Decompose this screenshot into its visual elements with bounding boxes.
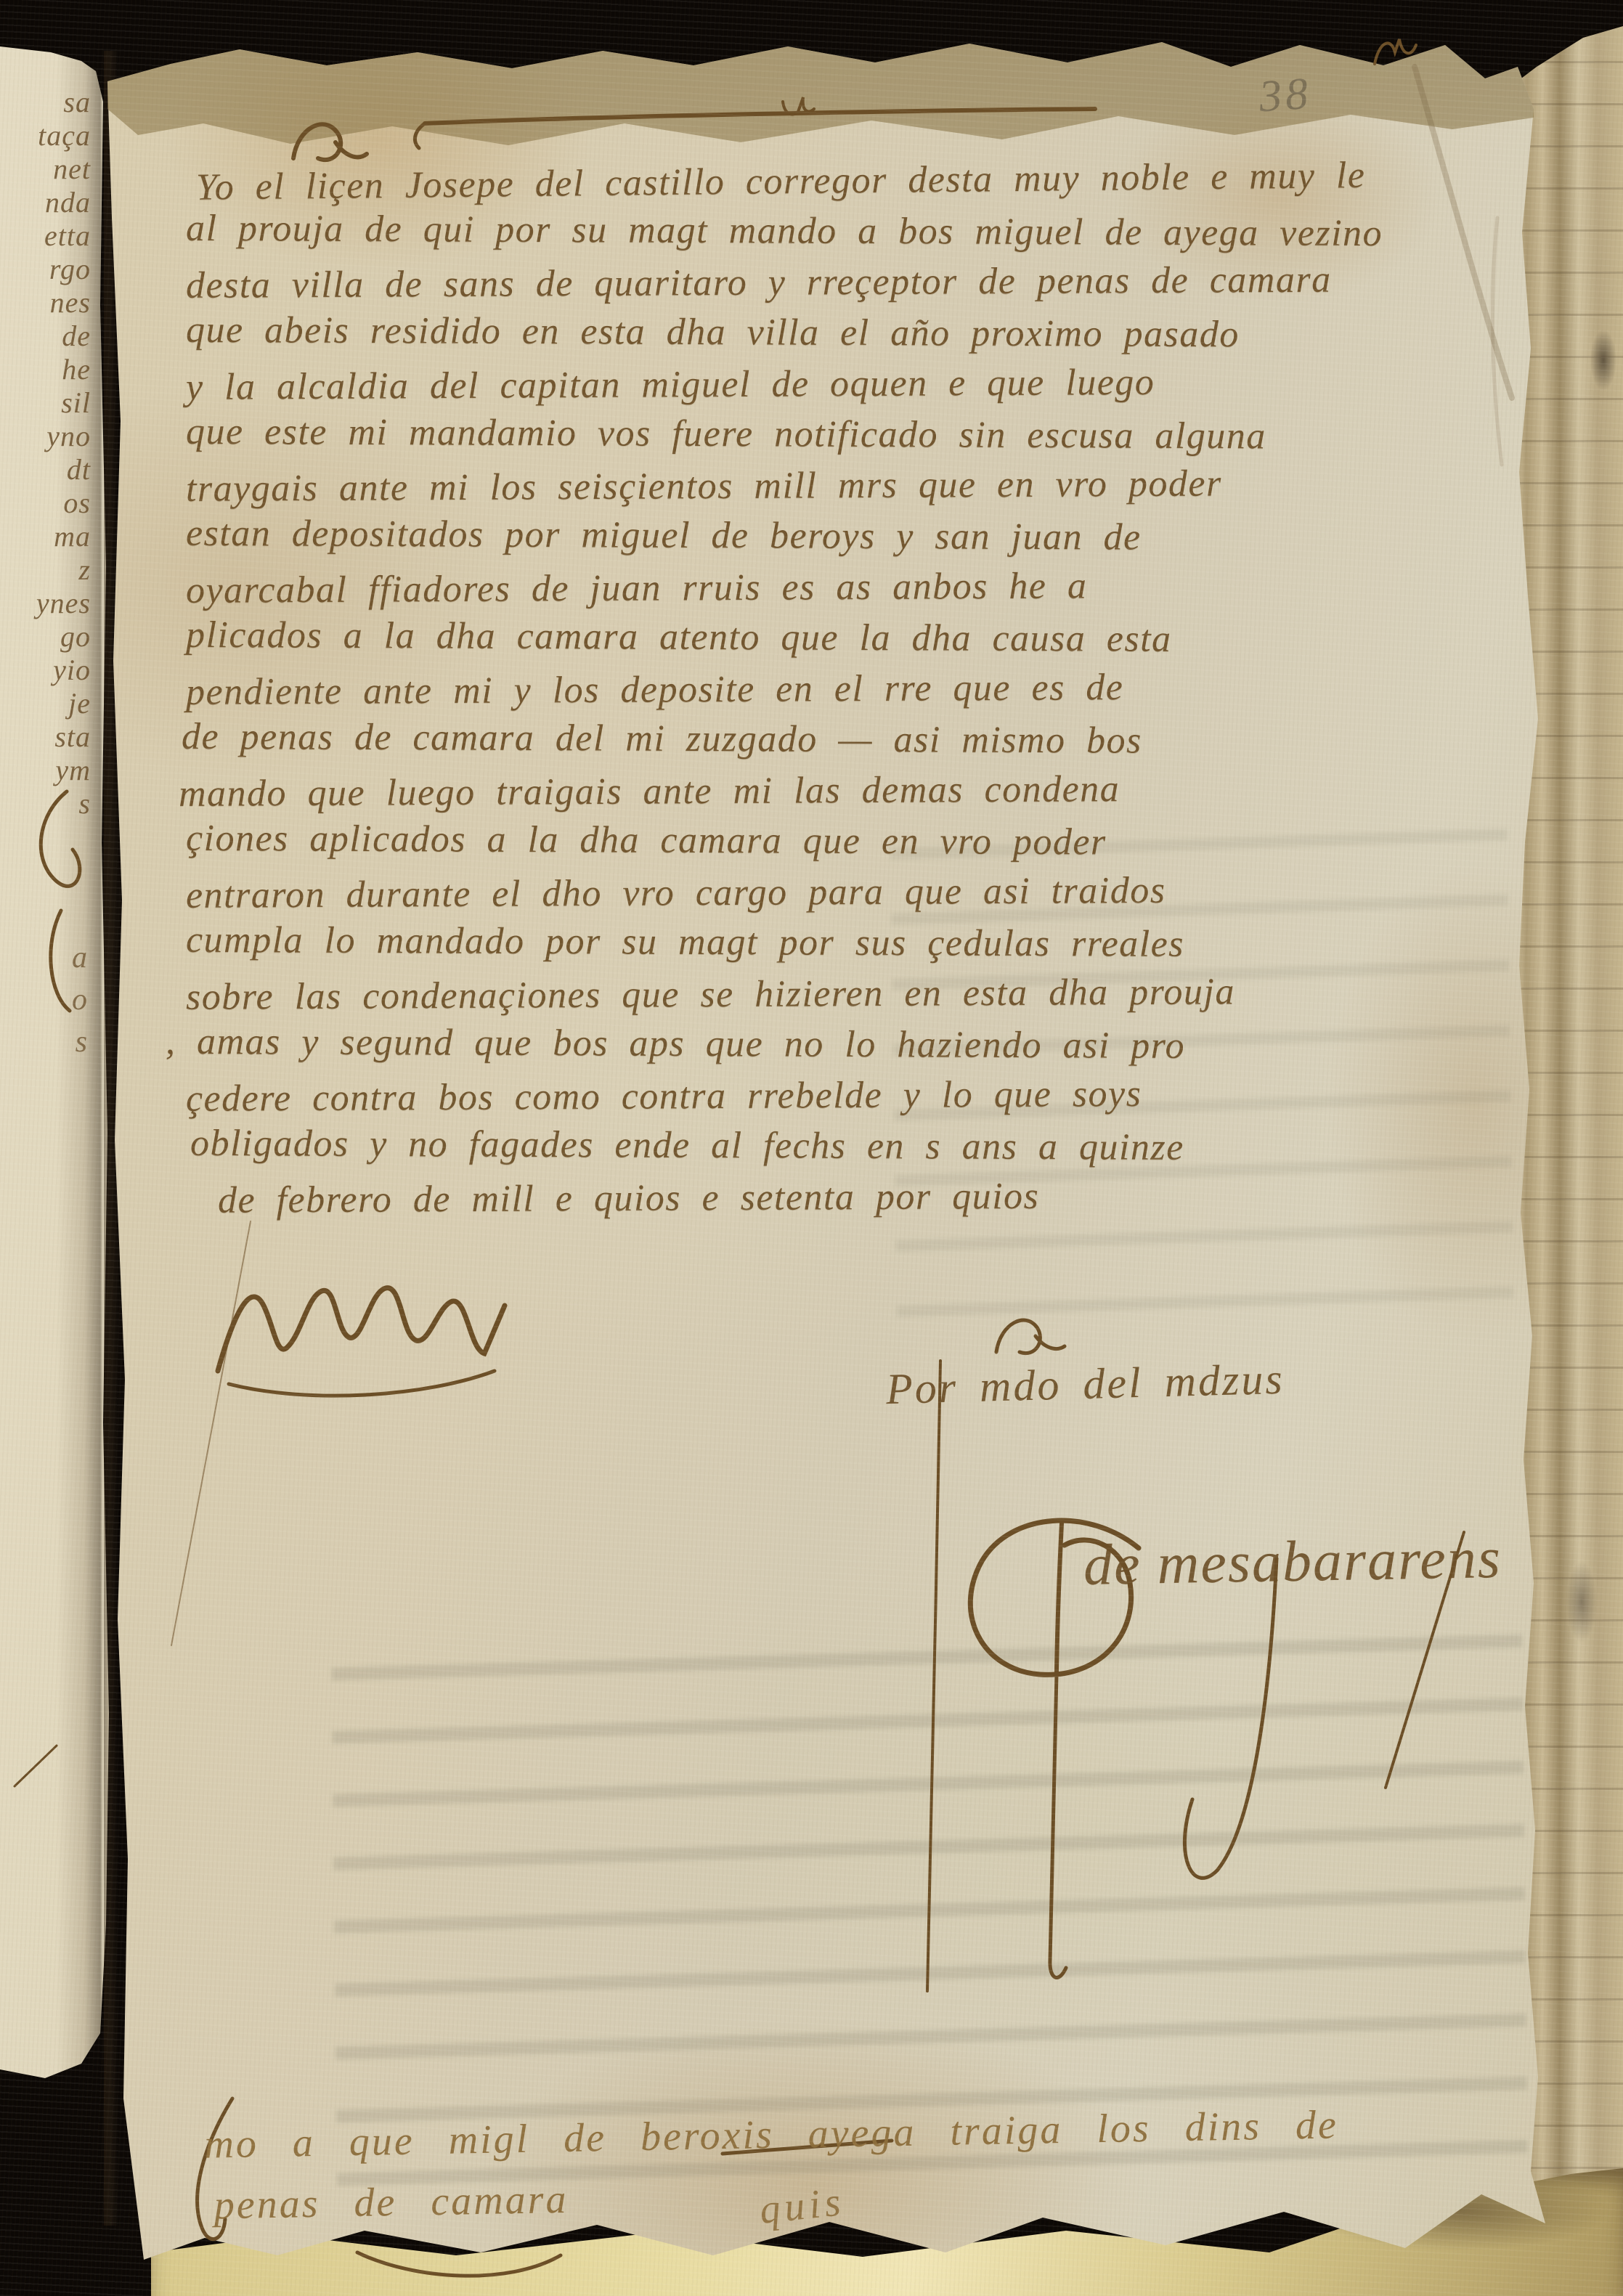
top-a-mark	[1375, 39, 1416, 64]
manuscript-line: que este mi mandamio vos fuere notificad…	[186, 407, 1551, 463]
manuscript-line: de penas de camara del mi zuzgado — asi …	[182, 712, 1551, 768]
manuscript-scan: sataçanetndaettargonesdehesilynodtosmazy…	[0, 0, 1623, 2296]
manuscript-line: , amas y segund que bos aps que no lo ha…	[166, 1017, 1551, 1073]
docket-rubric: quis	[757, 2178, 847, 2234]
folio-number: 38	[1258, 68, 1314, 123]
manuscript-line: que abeis residido en esta dha villa el …	[186, 305, 1551, 362]
manuscript-line: desta villa de sans de quaritaro y rreçe…	[186, 253, 1551, 312]
paragraph-flourish	[293, 124, 367, 160]
manuscript-line: oyarcabal ffiadores de juan rruis es as …	[186, 558, 1551, 616]
rubric-hairline	[171, 1221, 251, 1645]
manuscript-line: sobre las condenaçiones que se hizieren …	[186, 965, 1551, 1023]
manuscript-line: pendiente ante mi y los deposite en el r…	[186, 660, 1551, 718]
corregidor-rubric-underline	[229, 1371, 495, 1396]
flourish-above-authorization	[996, 1320, 1065, 1353]
top-u-mark	[783, 97, 814, 115]
manuscript-line: de febrero de mill e quios e setenta por…	[218, 1168, 1551, 1226]
manuscript-line: traygais ante mi los seisçientos mill mr…	[186, 457, 1551, 515]
secretary-signature: de mesabararens	[1083, 1526, 1502, 1599]
facing-page-flourish	[41, 791, 80, 1011]
manuscript-line: y la alcaldia del capitan miguel de oque…	[186, 355, 1551, 413]
authorization-staff	[927, 1361, 940, 1991]
signature-staff	[1057, 1523, 1062, 1672]
signature-descender-staff	[1050, 1674, 1066, 1977]
manuscript-line: estan depositados por miguel de beroys y…	[186, 508, 1551, 565]
signature-descender-loop	[1184, 1558, 1277, 1878]
manuscript-line: mando que luego traigais ante mi las dem…	[179, 762, 1551, 820]
main-text-block: Yo el liçen Josepe del castillo corregor…	[186, 155, 1551, 1223]
top-dash-mark	[425, 109, 1095, 123]
docket-underline-swash	[357, 2252, 561, 2276]
manuscript-line: çedere contra bos como contra rrebelde y…	[186, 1067, 1551, 1125]
corregidor-rubric	[218, 1288, 505, 1371]
authorization-line: Por mdo del mdzus	[885, 1354, 1285, 1414]
facing-page-stroke	[15, 1746, 57, 1786]
manuscript-line: cumpla lo mandado por su magt por sus çe…	[186, 915, 1551, 972]
manuscript-line: plicados a la dha camara atento que la d…	[186, 610, 1551, 667]
top-dash-hook	[415, 123, 425, 148]
manuscript-line: obligados y no fagades ende al fechs en …	[190, 1118, 1551, 1175]
manuscript-line: entraron durante el dho vro cargo para q…	[186, 863, 1551, 921]
manuscript-line: al prouja de qui por su magt mando a bos…	[186, 203, 1551, 260]
manuscript-line: çiones aplicados a la dha camara que en …	[186, 813, 1551, 870]
